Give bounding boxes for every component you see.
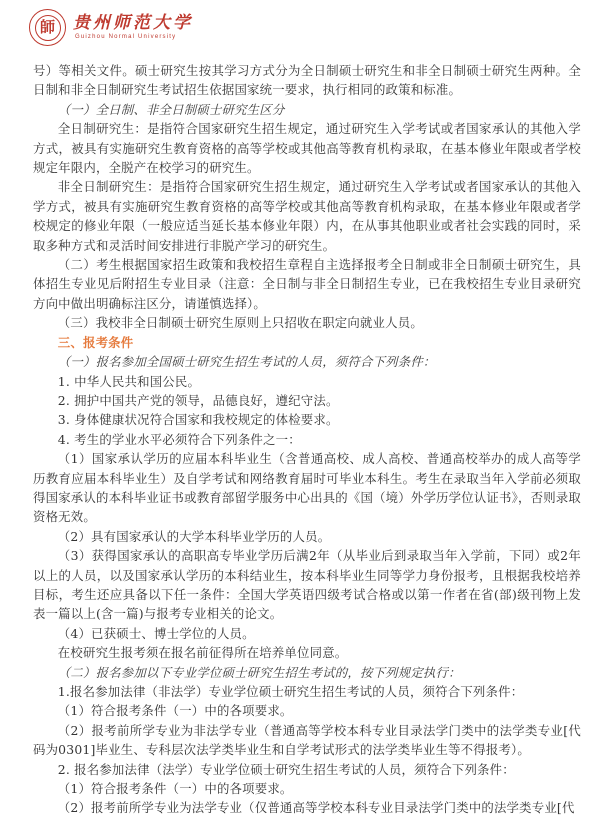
paragraph: 1.报名参加法律（非法学）专业学位硕士研究生招生考试的人员，须符合下列条件： xyxy=(33,682,581,701)
document-body: 号）等相关文件。硕士研究生按其学习方式分为全日制硕士研究生和非全日制硕士研究生两… xyxy=(33,61,581,818)
seal-character: 師 xyxy=(40,20,55,35)
paragraph: （1）符合报考条件（一）中的各项要求。 xyxy=(33,779,581,798)
paragraph: 2. 拥护中国共产党的领导，品德良好，遵纪守法。 xyxy=(33,391,581,410)
page: 師 贵州师范大学 Guizhou Normal University 号）等相关… xyxy=(0,0,611,828)
university-name-cn: 贵州师范大学 xyxy=(73,13,193,33)
paragraph: （1）符合报考条件（一）中的各项要求。 xyxy=(33,701,581,720)
paragraph: （二）考生根据国家招生政策和我校招生章程自主选择报考全日制或非全日制硕士研究生，… xyxy=(33,255,581,313)
paragraph: （一）全日制、非全日制硕士研究生区分 xyxy=(33,100,581,119)
paragraph: （2）报考前所学专业为法学专业（仅普通高等学校本科专业目录法学门类中的法学类专业… xyxy=(33,798,581,817)
paragraph: 4. 考生的学业水平必须符合下列条件之一： xyxy=(33,430,581,449)
paragraph: （2）报考前所学专业为非法学专业（普通高等学校本科专业目录法学门类中的法学类专业… xyxy=(33,721,581,760)
paragraph: （3）获得国家承认的高职高专毕业学历后满2年（从毕业后到录取当年入学前，下同）或… xyxy=(33,546,581,624)
university-name-en: Guizhou Normal University xyxy=(73,33,193,41)
paragraph: 3. 身体健康状况符合国家和我校规定的体检要求。 xyxy=(33,410,581,429)
paragraph: （二）报名参加以下专业学位硕士研究生招生考试的，按下列规定执行： xyxy=(33,663,581,682)
paragraph: 非全日制研究生：是指符合国家研究生招生规定，通过研究生入学考试或者国家承认的其他… xyxy=(33,177,581,255)
paragraph: （2）具有国家承认的大学本科毕业学历的人员。 xyxy=(33,527,581,546)
paragraph: 1. 中华人民共和国公民。 xyxy=(33,372,581,391)
university-logo: 師 贵州师范大学 Guizhou Normal University xyxy=(29,9,193,46)
paragraph: 在校研究生报考须在报名前征得所在培养单位同意。 xyxy=(33,643,581,662)
university-name-block: 贵州师范大学 Guizhou Normal University xyxy=(73,9,193,41)
paragraph: （三）我校非全日制硕士研究生原则上只招收在职定向就业人员。 xyxy=(33,313,581,332)
university-seal-inner-ring: 師 xyxy=(35,15,61,41)
paragraph: 号）等相关文件。硕士研究生按其学习方式分为全日制硕士研究生和非全日制硕士研究生两… xyxy=(33,61,581,100)
university-seal-icon: 師 xyxy=(29,9,66,46)
paragraph: 三、报考条件 xyxy=(33,333,581,352)
paragraph: 全日制研究生：是指符合国家研究生招生规定，通过研究生入学考试或者国家承认的其他入… xyxy=(33,119,581,177)
paragraph: （1）国家承认学历的应届本科毕业生（含普通高校、成人高校、普通高校举办的成人高等… xyxy=(33,449,581,527)
paragraph: 2. 报名参加法律（法学）专业学位硕士研究生招生考试的人员，须符合下列条件： xyxy=(33,760,581,779)
paragraph: （一）报名参加全国硕士研究生招生考试的人员，须符合下列条件： xyxy=(33,352,581,371)
paragraph: （4）已获硕士、博士学位的人员。 xyxy=(33,624,581,643)
